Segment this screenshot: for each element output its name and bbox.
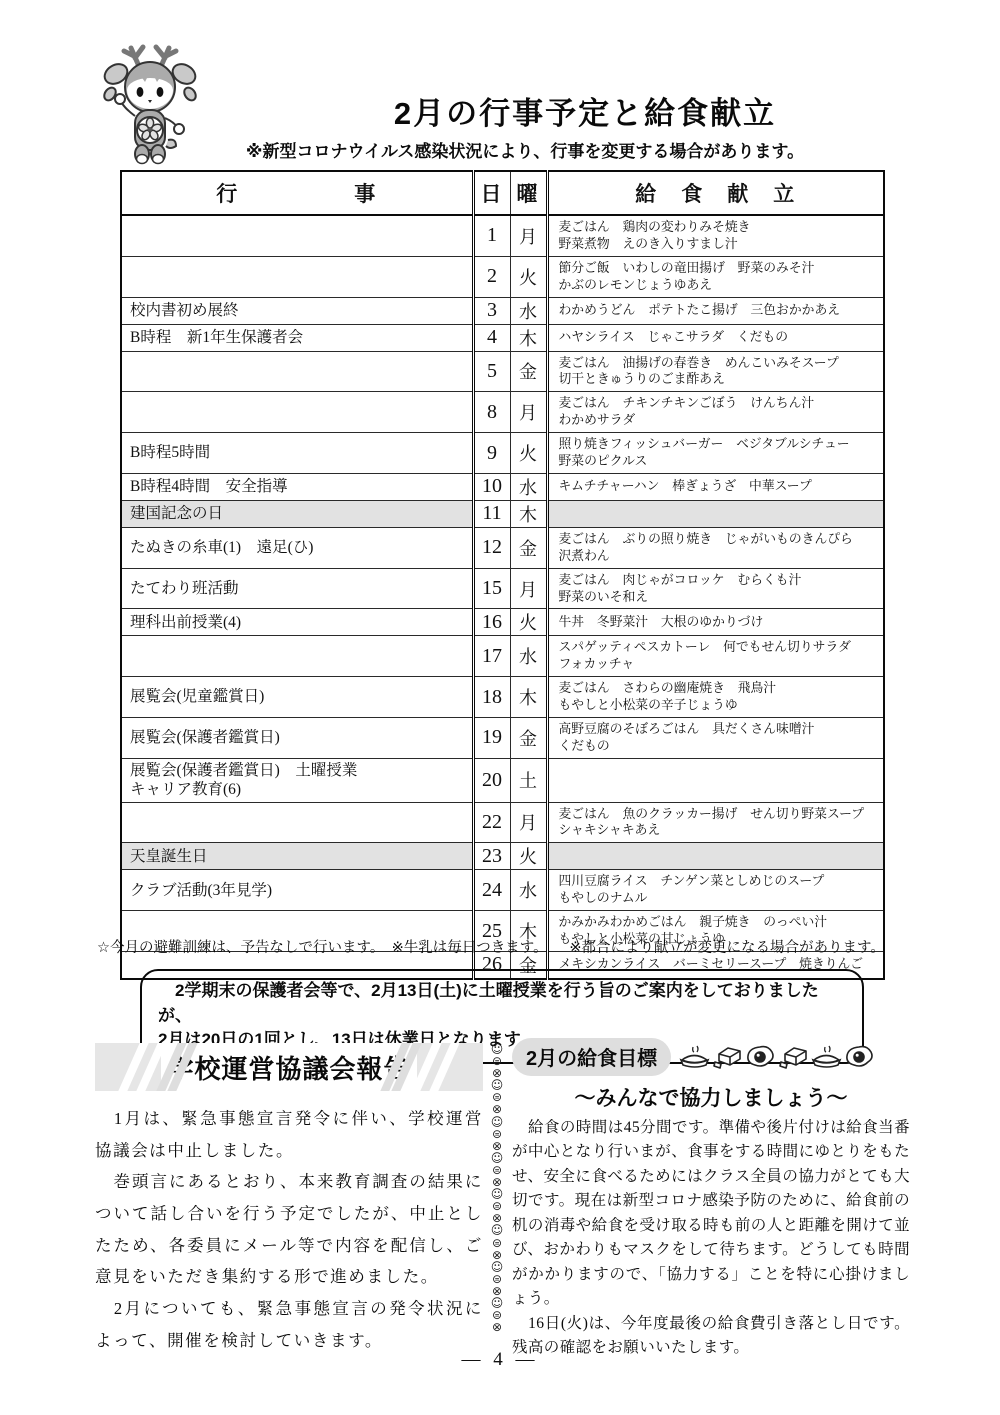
day-cell: 15	[473, 568, 510, 609]
smiling-face-icon: ☺	[486, 1261, 508, 1273]
wd-cell: 月	[510, 392, 547, 433]
event-cell	[121, 256, 473, 297]
day-cell: 23	[473, 843, 510, 870]
event-cell	[121, 636, 473, 677]
wd-cell: 火	[510, 433, 547, 474]
paragraph: 1月は、緊急事態宣言発令に伴い、学校運営協議会は中止しました。	[95, 1103, 483, 1166]
wd-cell: 火	[510, 256, 547, 297]
council-report-banner: 学校運営協議会報告	[95, 1043, 483, 1091]
event-cell: 展覧会(保護者鑑賞日) 土曜授業キャリア教育(6)	[121, 758, 473, 802]
header-day: 日	[473, 171, 510, 215]
neutral-face-icon: ⊜	[486, 1237, 508, 1249]
event-cell	[121, 392, 473, 433]
event-cell	[121, 802, 473, 843]
table-row: 17水スパゲッティペスカトーレ 何でもせん切りサラダフォカッチャ	[121, 636, 884, 677]
event-cell: たてわり班活動	[121, 568, 473, 609]
fried-egg-icon	[844, 1044, 875, 1070]
pie-icon	[811, 1044, 842, 1070]
menu-cell: わかめうどん ポテトたこ揚げ 三色おかかあえ	[547, 297, 884, 324]
menu-cell: 麦ごはん 肉じゃがコロッケ むらくも汁野菜のいそ和え	[547, 568, 884, 609]
butter-icon	[712, 1044, 743, 1070]
day-cell: 11	[473, 500, 510, 527]
menu-cell: 四川豆腐ライス チンゲン菜としめじのスープもやしのナムル	[547, 870, 884, 911]
wd-cell: 水	[510, 870, 547, 911]
schedule-menu-table: 行 事 日 曜 給 食 献 立 1月麦ごはん 鶏肉の変わりみそ焼き野菜煮物 えの…	[120, 170, 885, 980]
council-report-body: 1月は、緊急事態宣言発令に伴い、学校運営協議会は中止しました。 巻頭言にあるとお…	[95, 1103, 483, 1356]
wd-cell: 水	[510, 636, 547, 677]
table-row: 理科出前授業(4)16火牛丼 冬野菜汁 大根のゆかりづけ	[121, 609, 884, 636]
table-row: 2火節分ご飯 いわしの竜田揚げ 野菜のみそ汁かぶのレモンじょうゆあえ	[121, 256, 884, 297]
day-cell: 16	[473, 609, 510, 636]
wd-cell: 水	[510, 297, 547, 324]
day-cell: 5	[473, 351, 510, 392]
menu-cell	[547, 500, 884, 527]
table-row: 展覧会(保護者鑑賞日) 土曜授業キャリア教育(6)20土	[121, 758, 884, 802]
day-cell: 1	[473, 215, 510, 256]
header-event: 行 事	[121, 171, 473, 215]
header-weekday: 曜	[510, 171, 547, 215]
menu-cell: 麦ごはん ぶりの照り焼き じゃがいものきんぴら沢煮わん	[547, 527, 884, 568]
menu-cell	[547, 843, 884, 870]
menu-cell: 麦ごはん 魚のクラッカー揚げ せん切り野菜スープシャキシャキあえ	[547, 802, 884, 843]
table-row: 校内書初め展終3水わかめうどん ポテトたこ揚げ 三色おかかあえ	[121, 297, 884, 324]
header-menu: 給 食 献 立	[547, 171, 884, 215]
wd-cell: 金	[510, 527, 547, 568]
page-title: 2月の行事予定と給食献立	[220, 88, 950, 133]
day-cell: 8	[473, 392, 510, 433]
table-row: 5金麦ごはん 油揚げの春巻き めんこいみそスープ切干ときゅうりのごま酢あえ	[121, 351, 884, 392]
menu-cell: 照り焼きフィッシュバーガー ベジタブルシチュー野菜のピクルス	[547, 433, 884, 474]
day-cell: 20	[473, 758, 510, 802]
lunch-goal-subheading: ～みんなで協力しましょう～	[512, 1082, 910, 1112]
day-cell: 17	[473, 636, 510, 677]
wd-cell: 金	[510, 718, 547, 759]
event-cell: 建国記念の日	[121, 500, 473, 527]
table-row: 天皇誕生日23火	[121, 843, 884, 870]
fried-egg-icon	[745, 1044, 776, 1070]
table-row: 22月麦ごはん 魚のクラッカー揚げ せん切り野菜スープシャキシャキあえ	[121, 802, 884, 843]
wd-cell: 月	[510, 568, 547, 609]
table-row: たぬきの糸車(1) 遠足(ひ)12金麦ごはん ぶりの照り焼き じゃがいものきんぴ…	[121, 527, 884, 568]
smiling-face-icon: ☺	[486, 1116, 508, 1128]
sad-face-icon: ⊗	[486, 1249, 508, 1261]
neutral-face-icon: ⊜	[486, 1128, 508, 1140]
pie-icon	[679, 1044, 710, 1070]
menu-cell: 麦ごはん さわらの幽庵焼き 飛鳥汁もやしと小松菜の辛子じょうゆ	[547, 677, 884, 718]
lunch-goal-heading: 2月の給食目標	[512, 1038, 671, 1076]
event-cell: B時程5時間	[121, 433, 473, 474]
menu-cell: 牛丼 冬野菜汁 大根のゆかりづけ	[547, 609, 884, 636]
day-cell: 12	[473, 527, 510, 568]
event-cell: 展覧会(児童鑑賞日)	[121, 677, 473, 718]
emoticon-divider: ☺⊜⊗☺⊜⊗☺⊜⊗☺⊜⊗☺⊜⊗☺⊜⊗☺⊜⊗☺⊜⊗	[486, 1043, 508, 1333]
smiling-face-icon: ☺	[486, 1224, 508, 1236]
covid-note: ※新型コロナウイルス感染状況により、行事を変更する場合があります。	[120, 137, 930, 162]
menu-cell	[547, 758, 884, 802]
table-row: 8月麦ごはん チキンチキンごぼう けんちん汁わかめサラダ	[121, 392, 884, 433]
wd-cell: 木	[510, 500, 547, 527]
sad-face-icon: ⊗	[486, 1321, 508, 1333]
table-row: 建国記念の日11木	[121, 500, 884, 527]
menu-cell: 麦ごはん 油揚げの春巻き めんこいみそスープ切干ときゅうりのごま酢あえ	[547, 351, 884, 392]
paragraph: 巻頭言にあるとおり、本来教育調査の結果について話し合いを行う予定でしたが、中止と…	[95, 1166, 483, 1293]
table-row: B時程 新1年生保護者会4木ハヤシライス じゃこサラダ くだもの	[121, 324, 884, 351]
paragraph: 給食の時間は45分間です。準備や後片付けは給食当番が中心となり行いまが、食事をす…	[512, 1116, 910, 1312]
menu-cell: 麦ごはん 鶏肉の変わりみそ焼き野菜煮物 えのき入りすまし汁	[547, 215, 884, 256]
page-number: ― 4 ―	[0, 1349, 1000, 1371]
event-cell: クラブ活動(3年見学)	[121, 870, 473, 911]
council-report-heading: 学校運営協議会報告	[167, 1049, 410, 1086]
table-row: 展覧会(児童鑑賞日)18木麦ごはん さわらの幽庵焼き 飛鳥汁もやしと小松菜の辛子…	[121, 677, 884, 718]
wd-cell: 月	[510, 802, 547, 843]
day-cell: 24	[473, 870, 510, 911]
day-cell: 2	[473, 256, 510, 297]
food-icons-row	[679, 1044, 875, 1070]
day-cell: 3	[473, 297, 510, 324]
table-row: B時程5時間9火照り焼きフィッシュバーガー ベジタブルシチュー野菜のピクルス	[121, 433, 884, 474]
day-cell: 22	[473, 802, 510, 843]
table-header-row: 行 事 日 曜 給 食 献 立	[121, 171, 884, 215]
wd-cell: 木	[510, 677, 547, 718]
butter-icon	[778, 1044, 809, 1070]
council-report-section: 学校運営協議会報告 1月は、緊急事態宣言発令に伴い、学校運営協議会は中止しました…	[95, 1043, 483, 1356]
event-cell: B時程4時間 安全指導	[121, 473, 473, 500]
wd-cell: 火	[510, 843, 547, 870]
event-cell: 天皇誕生日	[121, 843, 473, 870]
event-cell: たぬきの糸車(1) 遠足(ひ)	[121, 527, 473, 568]
notice-line-1: 2学期末の保護者会等で、2月13日(土)に土曜授業を行う旨のご案内をしておりまし…	[158, 979, 846, 1028]
event-cell: B時程 新1年生保護者会	[121, 324, 473, 351]
day-cell: 10	[473, 473, 510, 500]
table-row: 1月麦ごはん 鶏肉の変わりみそ焼き野菜煮物 えのき入りすまし汁	[121, 215, 884, 256]
event-cell: 理科出前授業(4)	[121, 609, 473, 636]
wd-cell: 木	[510, 324, 547, 351]
day-cell: 9	[473, 433, 510, 474]
menu-cell: 節分ご飯 いわしの竜田揚げ 野菜のみそ汁かぶのレモンじょうゆあえ	[547, 256, 884, 297]
day-cell: 19	[473, 718, 510, 759]
lunch-goal-section: 2月の給食目標 ～みんなで協力しましょう～ 給食の時間は45分間です。準備や後片…	[512, 1038, 910, 1361]
day-cell: 4	[473, 324, 510, 351]
table-row: たてわり班活動15月麦ごはん 肉じゃがコロッケ むらくも汁野菜のいそ和え	[121, 568, 884, 609]
menu-cell: 麦ごはん チキンチキンごぼう けんちん汁わかめサラダ	[547, 392, 884, 433]
paragraph: 2月についても、緊急事態宣言の発令状況によって、開催を検討していきます。	[95, 1293, 483, 1356]
day-cell: 18	[473, 677, 510, 718]
event-cell	[121, 215, 473, 256]
event-cell	[121, 351, 473, 392]
wd-cell: 土	[510, 758, 547, 802]
menu-cell: 高野豆腐のそぼろごはん 具だくさん味噌汁くだもの	[547, 718, 884, 759]
lunch-goal-body: 給食の時間は45分間です。準備や後片付けは給食当番が中心となり行いまが、食事をす…	[512, 1116, 910, 1361]
wd-cell: 火	[510, 609, 547, 636]
event-cell: 展覧会(保護者鑑賞日)	[121, 718, 473, 759]
table-footnote: ☆今月の避難訓練は、予告なしで行います。 ※牛乳は毎日つきます。 ※都合により献…	[97, 936, 909, 957]
wd-cell: 金	[510, 351, 547, 392]
table-row: 展覧会(保護者鑑賞日)19金高野豆腐のそぼろごはん 具だくさん味噌汁くだもの	[121, 718, 884, 759]
menu-table-body: 1月麦ごはん 鶏肉の変わりみそ焼き野菜煮物 えのき入りすまし汁 2火節分ご飯 い…	[121, 215, 884, 979]
menu-cell: キムチチャーハン 棒ぎょうざ 中華スープ	[547, 473, 884, 500]
event-cell: 校内書初め展終	[121, 297, 473, 324]
sad-face-icon: ⊗	[486, 1103, 508, 1115]
wd-cell: 水	[510, 473, 547, 500]
table-row: B時程4時間 安全指導10水キムチチャーハン 棒ぎょうざ 中華スープ	[121, 473, 884, 500]
table-row: クラブ活動(3年見学)24水四川豆腐ライス チンゲン菜としめじのスープもやしのナ…	[121, 870, 884, 911]
wd-cell: 月	[510, 215, 547, 256]
menu-cell: スパゲッティペスカトーレ 何でもせん切りサラダフォカッチャ	[547, 636, 884, 677]
menu-cell: ハヤシライス じゃこサラダ くだもの	[547, 324, 884, 351]
